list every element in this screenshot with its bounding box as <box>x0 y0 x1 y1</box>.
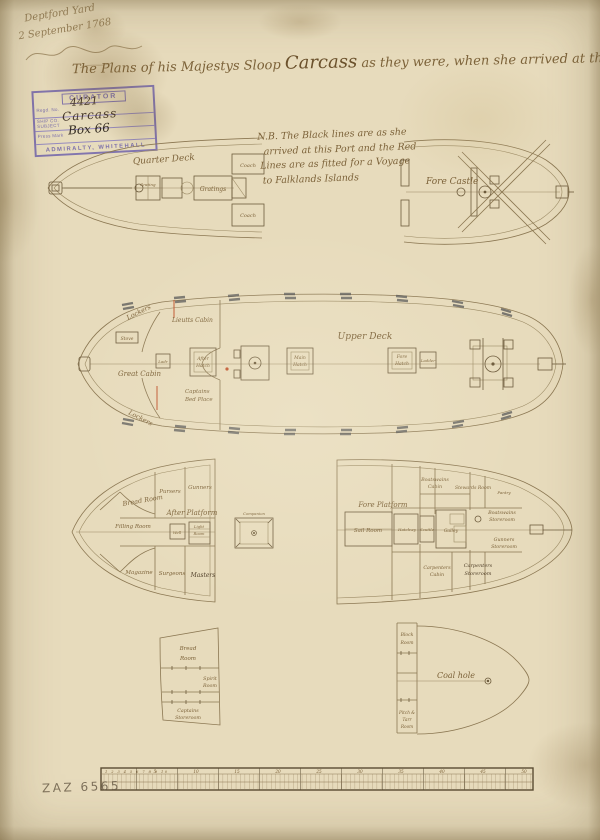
svg-text:20: 20 <box>274 769 281 774</box>
after-platform-title: After Platform <box>166 509 218 517</box>
archive-reference: ZAZ 6565 <box>42 779 121 796</box>
filling-room-label: Filling Room <box>114 524 151 530</box>
spirit-room-line2: Room <box>202 683 217 689</box>
upper-deck-plan: Upper Deck Lockers Lockers Lieutts Cabin… <box>70 292 570 440</box>
stove-label: Stove <box>121 336 134 342</box>
stamp-field1-label: Regd. No. <box>36 108 59 114</box>
main-hatch-line1: Main <box>293 355 306 361</box>
svg-text:50: 50 <box>521 769 527 774</box>
forecastle-plan: Fore Castle <box>398 132 574 254</box>
block-room-line1: Block <box>400 632 414 638</box>
gunners-store-line2: Storeroom <box>491 544 517 550</box>
svg-text:40: 40 <box>438 769 445 774</box>
svg-text:35: 35 <box>398 769 404 774</box>
light-room-line1: Light <box>193 524 205 529</box>
boatswains-cabin-line1: Boatswains <box>420 477 449 483</box>
carpenters-store-line2: Storeroom <box>465 571 492 577</box>
magazine-label: Magazine <box>124 570 153 576</box>
quarter-deck-title: Quarter Deck <box>133 153 196 167</box>
main-hatch-line2: Hatch <box>292 362 307 368</box>
gratings-label: Gratings <box>200 186 226 193</box>
scuttle-label: Scuttle <box>420 527 434 532</box>
surgeons-label: Surgeons <box>159 571 186 577</box>
after-hold-plan: Bread Room Spirit Room Captains Storeroo… <box>152 622 232 730</box>
svg-text:5: 5 <box>154 769 157 774</box>
title-suffix: as they were, when she arrived at this P… <box>361 50 600 71</box>
gunners-label: Gunners <box>188 485 212 491</box>
pitch-tar-line2: Tarr <box>403 717 413 722</box>
fore-hold-plan: Block Room Coal hole Pitch & Tarr Room <box>390 620 550 742</box>
companion-detail <box>235 518 273 548</box>
svg-text:30: 30 <box>357 769 363 774</box>
boatswains-store-line2: Storeroom <box>489 517 515 523</box>
captains-bed-line1: Captains <box>185 389 210 395</box>
fore-hatch-line1: Fore <box>396 354 408 360</box>
upper-deck-title: Upper Deck <box>338 332 393 342</box>
svg-text:10: 10 <box>193 769 199 774</box>
ah-bread-room-line2: Room <box>179 656 196 662</box>
carpenters-cabin-line2: Cabin <box>430 572 444 578</box>
scale-small-numbers: 1 2 3 4 5 6 7 8 9 10 <box>105 770 168 774</box>
masters-label: Masters <box>190 572 216 579</box>
captains-bed-line2: Bed Place <box>184 397 213 403</box>
sail-room-label: Sail Room <box>354 528 382 534</box>
scale-bar: 1 2 3 4 5 6 7 8 9 10 5 10 15 20 25 30 35… <box>95 758 540 800</box>
coach-bottom-label: Coach <box>240 213 256 219</box>
boatswains-store-line1: Boatswains <box>487 510 516 516</box>
lieut-cabin-label: Lieutts Cabin <box>171 317 213 324</box>
galley-label: Galley <box>444 528 459 534</box>
captains-store-line1: Captains <box>177 708 199 714</box>
carpenters-cabin-line1: Carpenters <box>423 565 451 571</box>
light-room-line2: Room <box>192 531 204 536</box>
nb-note: N.B. The Black lines are as she arrived … <box>257 125 418 189</box>
after-hatch-line1: After <box>196 356 209 362</box>
fore-platform-plan: Fore Platform Sail Room Hatchwy Scuttle … <box>332 452 577 612</box>
after-platform-plan: Bread Room Pursers Gunners After Platfor… <box>60 452 330 608</box>
forecastle-title: Fore Castle <box>425 177 478 187</box>
svg-text:15: 15 <box>234 769 240 774</box>
upper-deck-hull <box>78 294 563 434</box>
svg-text:25: 25 <box>315 769 322 774</box>
ship-plan-sheet: Deptford Yard 2 September 1768 The Plans… <box>0 0 600 840</box>
after-hatch-line2: Hatch <box>195 363 210 369</box>
boatswains-cabin-line2: Cabin <box>428 484 442 490</box>
block-room-line2: Room <box>399 640 413 646</box>
companion-label: Companion <box>243 511 265 516</box>
spirit-room-line1: Spirit <box>203 676 217 682</box>
ladder-fore-label: Ladder <box>420 358 437 363</box>
quarter-deck-plan: Quarter Deck Grating Gratings Coach Coac… <box>36 130 266 248</box>
pitch-tar-line1: Pitch & <box>398 710 415 715</box>
bread-room-label: Bread Room <box>121 493 163 508</box>
captains-store-line2: Storeroom <box>175 715 201 721</box>
ah-bread-room-line1: Bread <box>179 646 197 652</box>
grating-small-label: Grating <box>140 182 156 187</box>
coal-hole-label: Coal hole <box>437 671 475 680</box>
title-ship-name: Carcass <box>285 51 358 74</box>
ladder-aft-label: Ladr <box>157 359 169 364</box>
title-prefix: The Plans of his Majestys Sloop <box>72 58 281 77</box>
fore-platform-title: Fore Platform <box>357 501 407 509</box>
stewards-room-label: Stewards Room <box>455 485 491 491</box>
coach-top-label: Coach <box>240 163 256 169</box>
tiller <box>49 182 143 194</box>
pitch-tar-line3: Room <box>400 724 413 729</box>
great-cabin-label: Great Cabin <box>118 370 162 378</box>
pantry-label: Pantry <box>496 490 511 495</box>
carpenters-store-line1: Carpenters <box>464 563 493 569</box>
hatchway-label: Hatchwy <box>397 527 417 532</box>
fore-hatch-line2: Hatch <box>394 361 409 367</box>
gunners-store-line1: Gunners <box>494 537 515 543</box>
svg-text:45: 45 <box>479 769 486 774</box>
well-label: Well <box>173 530 182 535</box>
pursers-label: Pursers <box>158 489 181 495</box>
